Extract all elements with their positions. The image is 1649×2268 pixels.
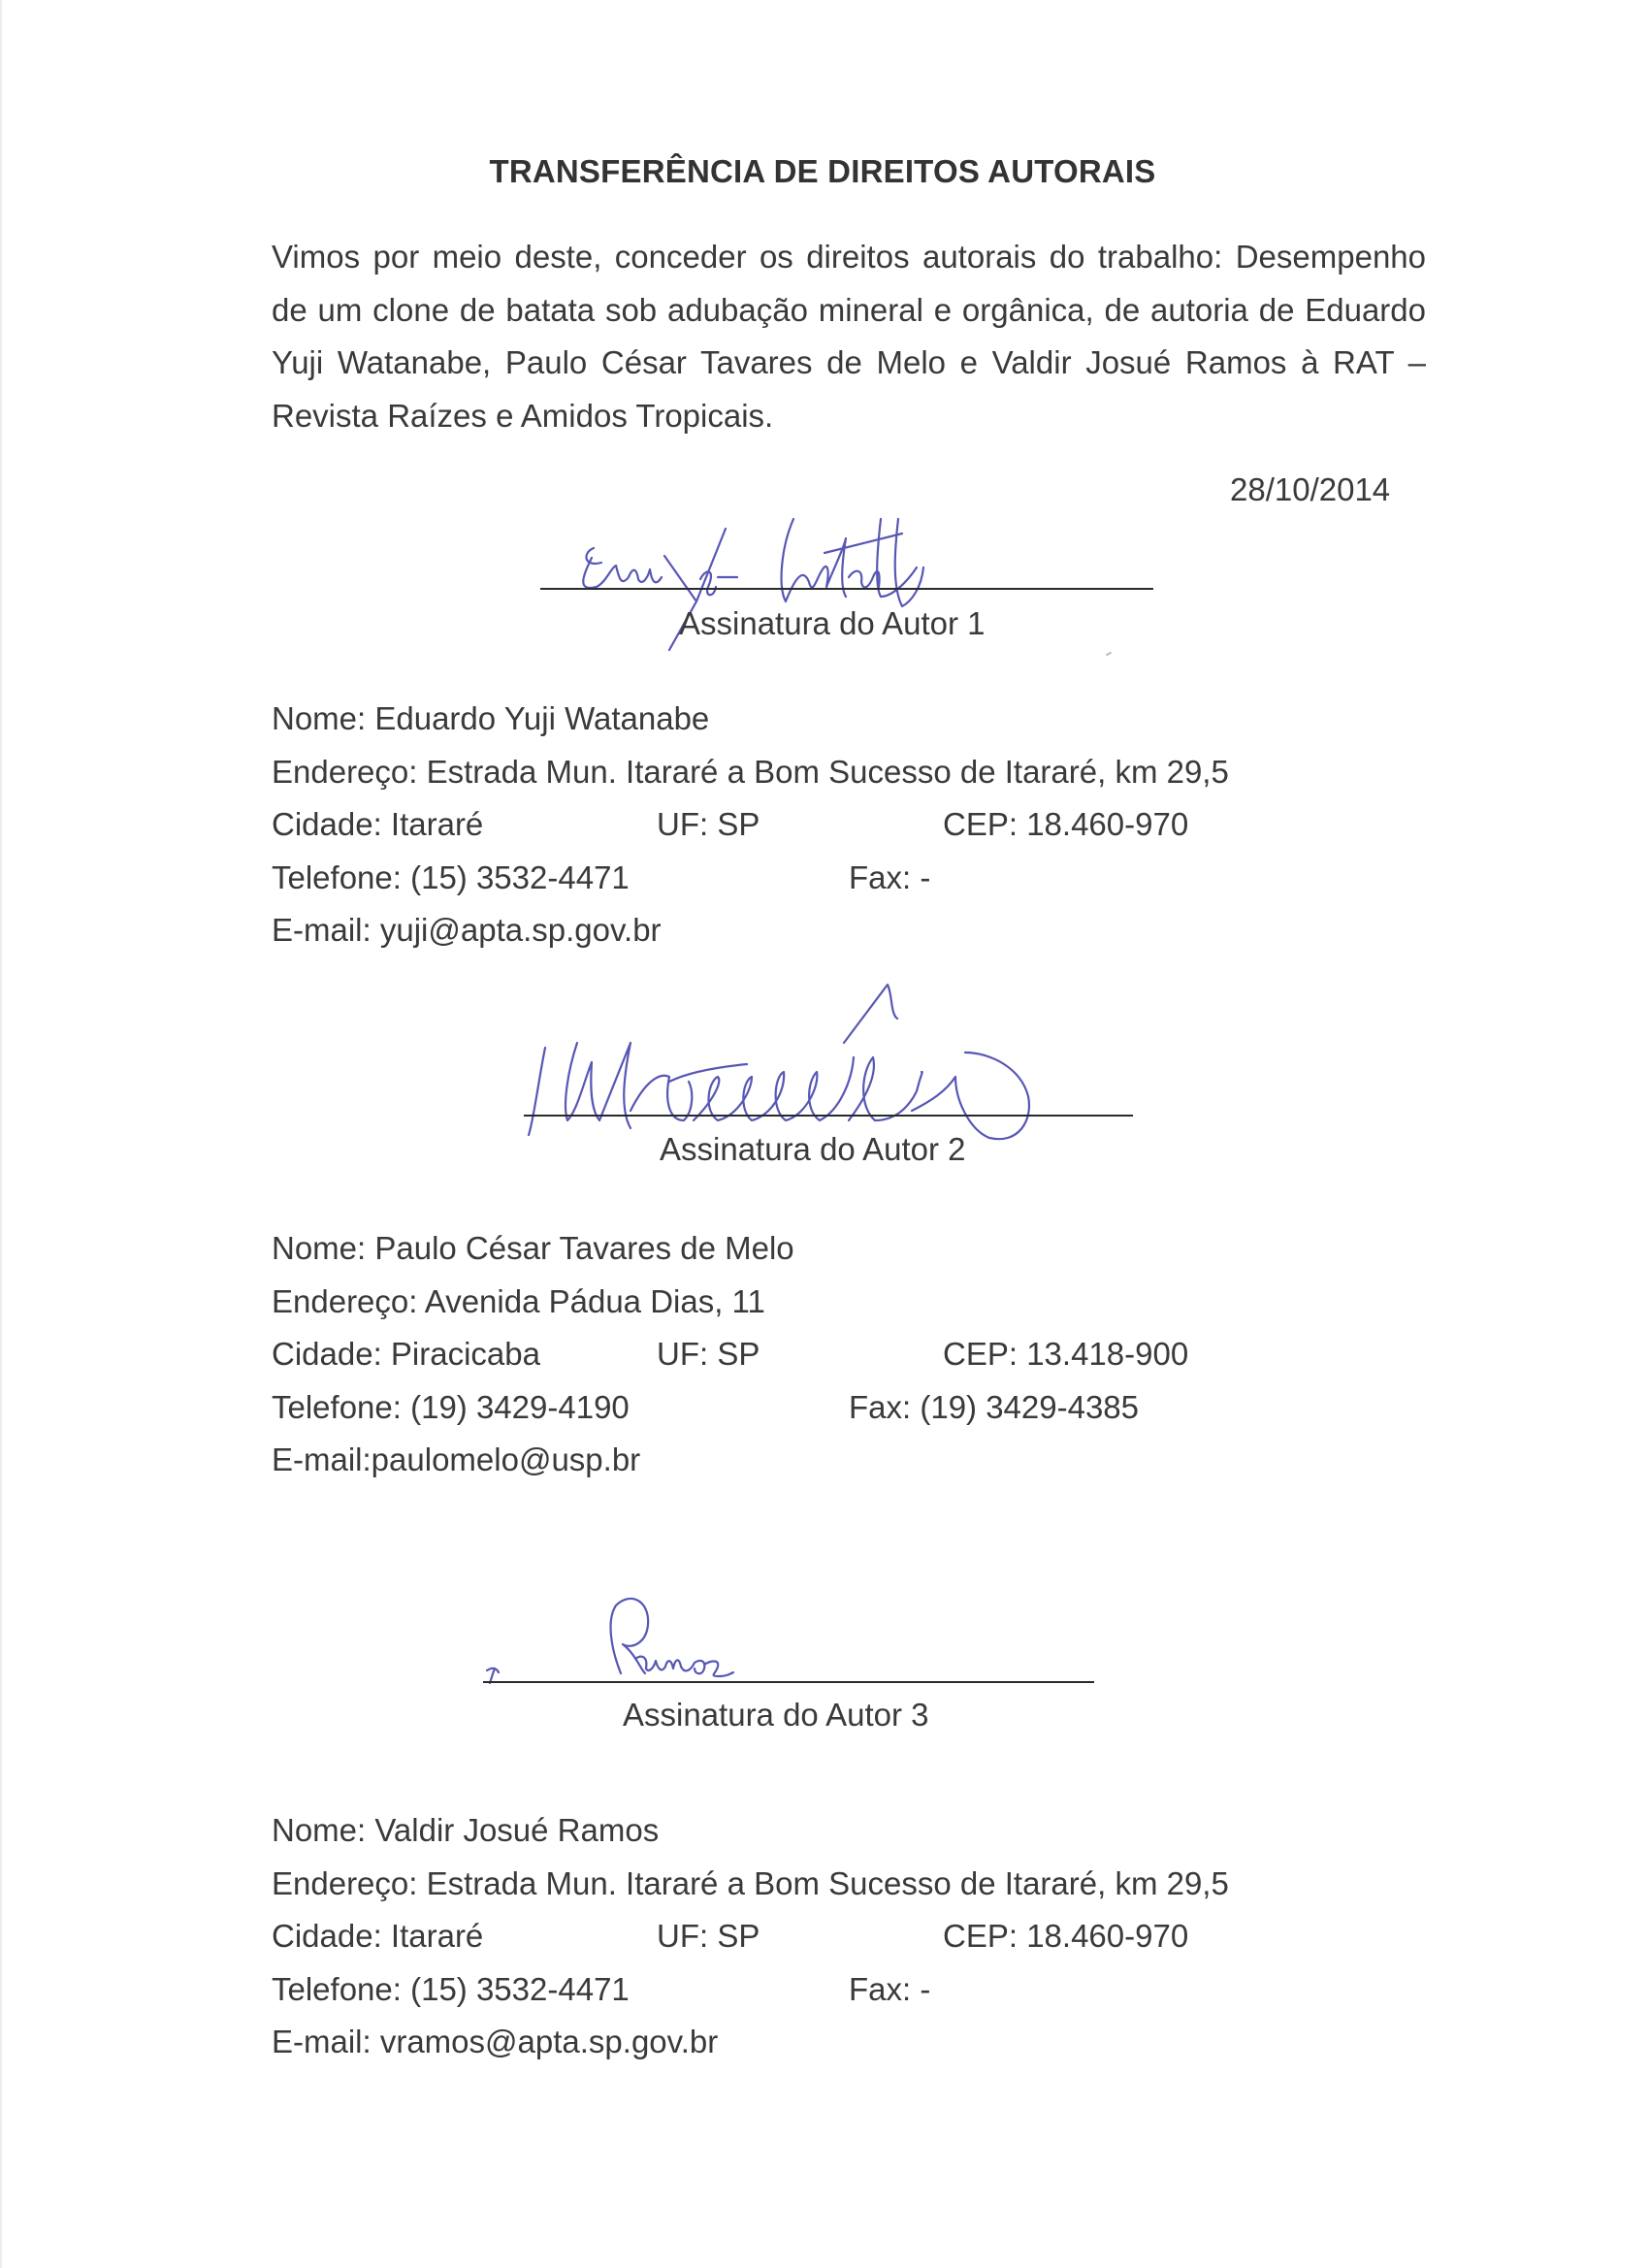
- author-address: Endereço: Estrada Mun. Itararé a Bom Suc…: [272, 1865, 1229, 1901]
- author-city-row: Cidade: Itararé UF: SP CEP: 18.460-970: [272, 1910, 1229, 1963]
- signature-label-1: Assinatura do Autor 1: [679, 605, 986, 642]
- author-address-row: Endereço: Estrada Mun. Itararé a Bom Suc…: [272, 1858, 1229, 1911]
- author-address: Endereço: Estrada Mun. Itararé a Bom Suc…: [272, 754, 1229, 790]
- author-email: E-mail: yuji@apta.sp.gov.br: [272, 912, 662, 948]
- author-email: E-mail: vramos@apta.sp.gov.br: [272, 2024, 718, 2059]
- signature-line-3: [483, 1681, 1094, 1683]
- author-postal-code: CEP: 13.418-900: [943, 1328, 1188, 1381]
- signature-line-2: [524, 1115, 1133, 1117]
- author-address-row: Endereço: Estrada Mun. Itararé a Bom Suc…: [272, 746, 1229, 799]
- author-city-row: Cidade: Itararé UF: SP CEP: 18.460-970: [272, 798, 1229, 852]
- signature-author-2: [524, 975, 1203, 1150]
- author-fax: Fax: -: [849, 1963, 930, 2017]
- signature-label-3: Assinatura do Autor 3: [623, 1697, 929, 1733]
- author-state: UF: SP: [657, 1328, 760, 1381]
- author-phone: Telefone: (15) 3532-4471: [272, 1971, 630, 2007]
- signature-author-3: [475, 1591, 786, 1688]
- author-phone-row: Telefone: (15) 3532-4471 Fax: -: [272, 1963, 1229, 2017]
- author-name-row: Nome: Valdir Josué Ramos: [272, 1804, 1229, 1858]
- signature-label-2: Assinatura do Autor 2: [660, 1131, 966, 1168]
- author-city: Cidade: Piracicaba: [272, 1336, 540, 1372]
- author-name-row: Nome: Paulo César Tavares de Melo: [272, 1222, 794, 1276]
- author-phone: Telefone: (15) 3532-4471: [272, 859, 630, 895]
- author-state: UF: SP: [657, 798, 760, 852]
- transfer-statement: Vimos por meio deste, conceder os direit…: [272, 231, 1426, 442]
- author-postal-code: CEP: 18.460-970: [943, 1910, 1188, 1963]
- scan-speck: [1106, 652, 1112, 657]
- scan-edge: [0, 0, 3, 2268]
- author-phone-row: Telefone: (15) 3532-4471 Fax: -: [272, 852, 1229, 905]
- author-email-row: E-mail: vramos@apta.sp.gov.br: [272, 2016, 1229, 2069]
- author-name: Nome: Eduardo Yuji Watanabe: [272, 700, 709, 736]
- author-fax: Fax: (19) 3429-4385: [849, 1381, 1139, 1435]
- author-city-row: Cidade: Piracicaba UF: SP CEP: 13.418-90…: [272, 1328, 794, 1381]
- author-city: Cidade: Itararé: [272, 806, 483, 842]
- author-address-row: Endereço: Avenida Pádua Dias, 11: [272, 1276, 794, 1329]
- author-phone: Telefone: (19) 3429-4190: [272, 1389, 630, 1425]
- document-date: 28/10/2014: [1230, 471, 1390, 508]
- author-name: Nome: Valdir Josué Ramos: [272, 1812, 659, 1848]
- author-1-info: Nome: Eduardo Yuji Watanabe Endereço: Es…: [272, 693, 1229, 957]
- author-city: Cidade: Itararé: [272, 1918, 483, 1954]
- document-title: TRANSFERÊNCIA DE DIREITOS AUTORAIS: [0, 153, 1647, 190]
- document-page: TRANSFERÊNCIA DE DIREITOS AUTORAIS Vimos…: [0, 0, 1649, 2268]
- author-postal-code: CEP: 18.460-970: [943, 798, 1188, 852]
- author-email-row: E-mail:paulomelo@usp.br: [272, 1434, 794, 1487]
- author-name: Nome: Paulo César Tavares de Melo: [272, 1230, 794, 1266]
- author-email-row: E-mail: yuji@apta.sp.gov.br: [272, 904, 1229, 957]
- author-3-info: Nome: Valdir Josué Ramos Endereço: Estra…: [272, 1804, 1229, 2069]
- author-name-row: Nome: Eduardo Yuji Watanabe: [272, 693, 1229, 746]
- author-fax: Fax: -: [849, 852, 930, 905]
- signature-line-1: [540, 588, 1153, 590]
- author-state: UF: SP: [657, 1910, 760, 1963]
- author-email: E-mail:paulomelo@usp.br: [272, 1442, 640, 1477]
- author-phone-row: Telefone: (19) 3429-4190 Fax: (19) 3429-…: [272, 1381, 794, 1435]
- author-2-info: Nome: Paulo César Tavares de Melo Endere…: [272, 1222, 794, 1487]
- author-address: Endereço: Avenida Pádua Dias, 11: [272, 1283, 765, 1319]
